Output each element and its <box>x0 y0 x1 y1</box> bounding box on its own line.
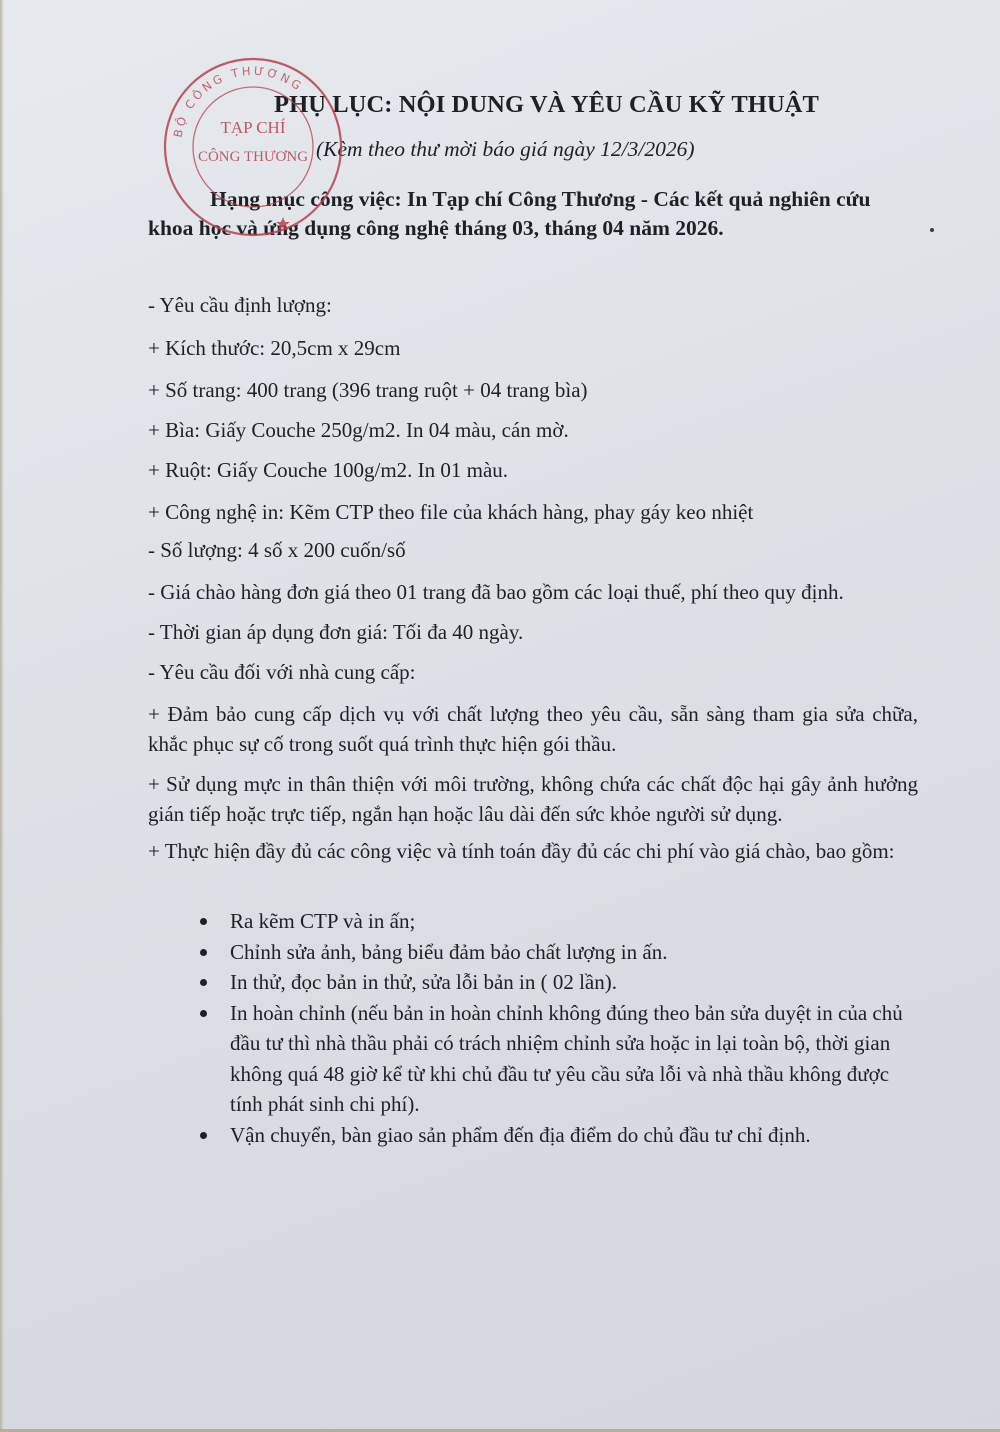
list-item: Chỉnh sửa ảnh, bảng biểu đảm bảo chất lư… <box>196 937 916 968</box>
work-item-heading: Hạng mục công việc: In Tạp chí Công Thươ… <box>148 185 908 243</box>
stamp-center-line-1: TẠP CHÍ <box>220 118 285 137</box>
text-line: - Yêu cầu đối với nhà cung cấp: <box>148 660 415 685</box>
list-item-text: Ra kẽm CTP và in ấn; <box>230 909 415 933</box>
text-line: + Số trang: 400 trang (396 trang ruột + … <box>148 378 588 403</box>
deliverables-list: Ra kẽm CTP và in ấn; Chỉnh sửa ảnh, bảng… <box>196 906 916 1150</box>
text-line: - Yêu cầu định lượng: <box>148 293 332 318</box>
text-line: + Bìa: Giấy Couche 250g/m2. In 04 màu, c… <box>148 418 569 443</box>
document-subtitle: (Kèm theo thư mời báo giá ngày 12/3/2026… <box>316 137 695 162</box>
requirement-paragraph: + Thực hiện đầy đủ các công việc và tính… <box>148 836 918 866</box>
list-item: Vận chuyển, bàn giao sản phẩm đến địa đi… <box>196 1120 916 1151</box>
text-line: - Thời gian áp dụng đơn giá: Tối đa 40 n… <box>148 620 523 645</box>
list-item: In thử, đọc bản in thử, sửa lỗi bản in (… <box>196 967 916 998</box>
bullet-icon <box>200 918 207 925</box>
text-line: - Số lượng: 4 số x 200 cuốn/số <box>148 538 406 563</box>
bullet-icon <box>200 1132 207 1139</box>
document-page: PHỤ LỤC: NỘI DUNG VÀ YÊU CẦU KỸ THUẬT (K… <box>0 0 1000 1432</box>
ink-speck <box>930 228 934 232</box>
list-item-text: In thử, đọc bản in thử, sửa lỗi bản in (… <box>230 970 617 994</box>
list-item-text: In hoàn chỉnh (nếu bản in hoàn chỉnh khô… <box>230 1001 903 1117</box>
bullet-icon <box>200 949 207 956</box>
list-item-text: Chỉnh sửa ảnh, bảng biểu đảm bảo chất lư… <box>230 940 667 964</box>
stamp-center-line-2: CÔNG THƯƠNG <box>198 148 308 165</box>
text-line: + Kích thước: 20,5cm x 29cm <box>148 336 400 361</box>
text-line: - Giá chào hàng đơn giá theo 01 trang đã… <box>148 580 844 605</box>
bullet-icon <box>200 1010 207 1017</box>
requirement-paragraph: + Đảm bảo cung cấp dịch vụ với chất lượn… <box>148 699 918 759</box>
document-title: PHỤ LỤC: NỘI DUNG VÀ YÊU CẦU KỸ THUẬT <box>274 91 819 119</box>
bullet-icon <box>200 979 207 986</box>
page-edge <box>0 0 4 1432</box>
requirement-paragraph: + Sử dụng mực in thân thiện với môi trườ… <box>148 769 918 829</box>
list-item-text: Vận chuyển, bàn giao sản phẩm đến địa đi… <box>230 1123 811 1147</box>
list-item: Ra kẽm CTP và in ấn; <box>196 906 916 937</box>
text-line: + Ruột: Giấy Couche 100g/m2. In 01 màu. <box>148 458 508 483</box>
list-item: In hoàn chỉnh (nếu bản in hoàn chỉnh khô… <box>196 998 916 1120</box>
text-line: + Công nghệ in: Kẽm CTP theo file của kh… <box>148 500 753 525</box>
